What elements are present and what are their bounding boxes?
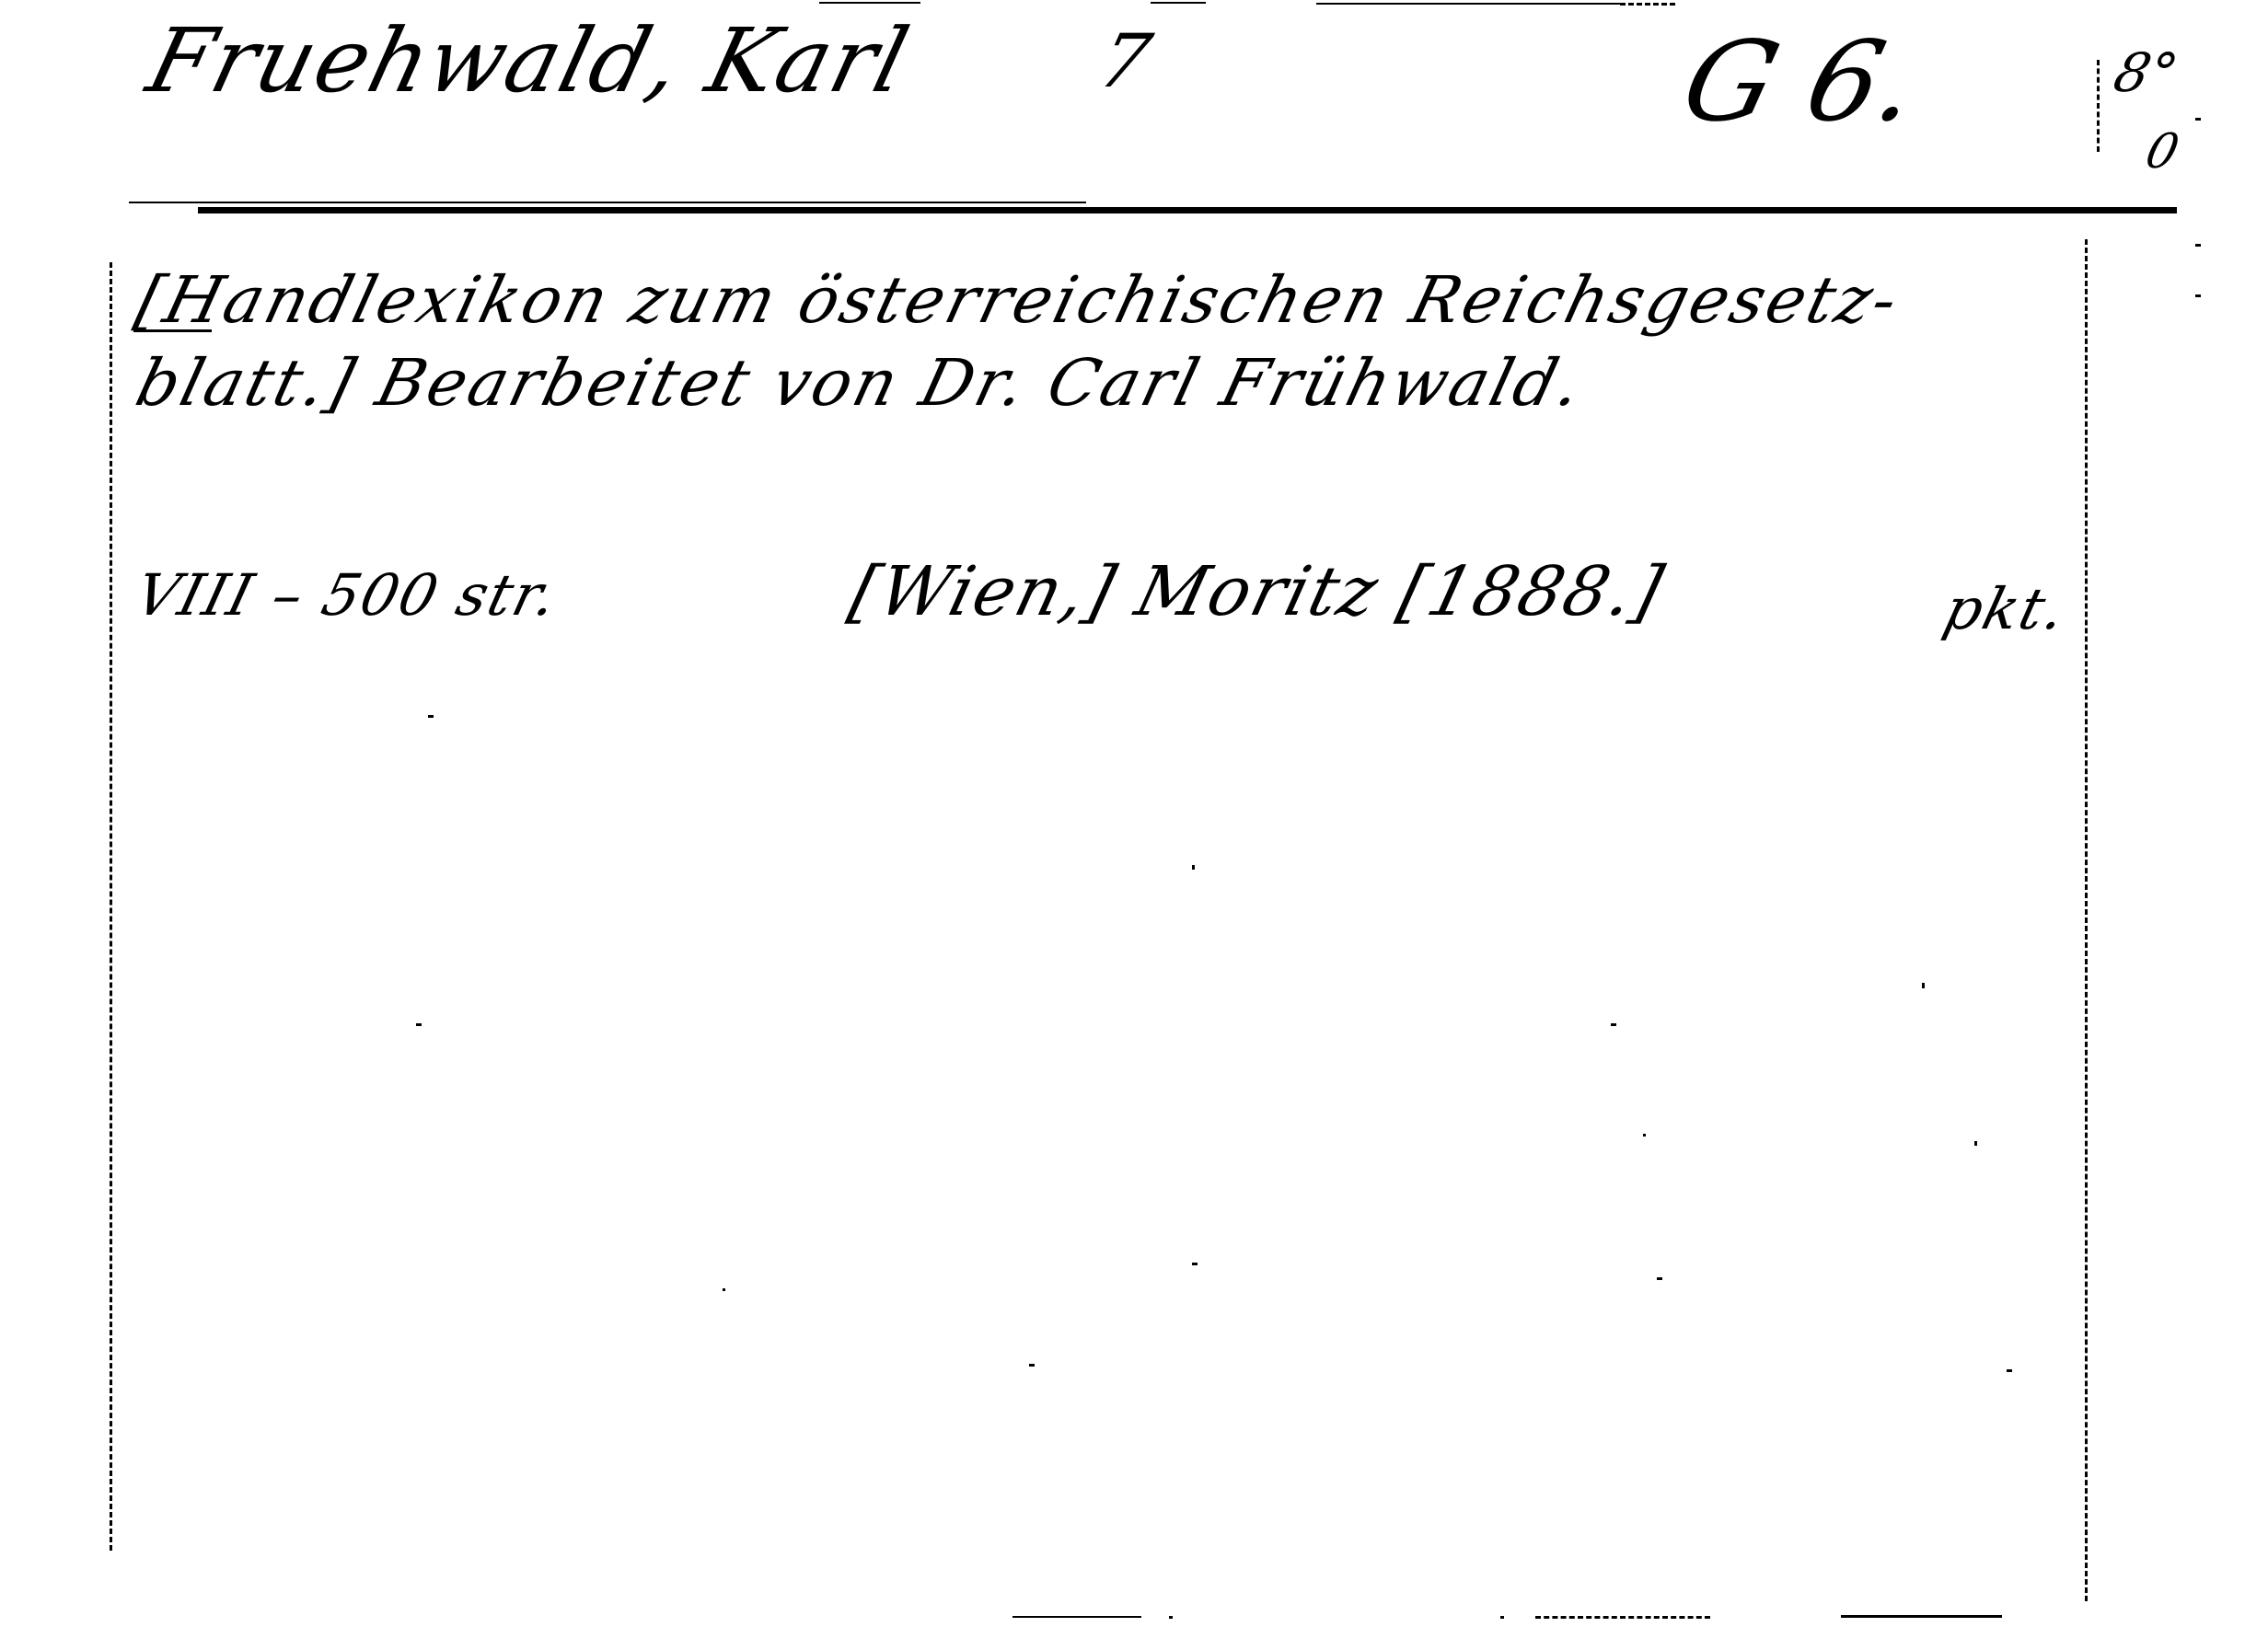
scan-speck <box>2195 294 2201 297</box>
top-edge-dash <box>1620 3 1675 6</box>
scan-speck <box>1192 865 1195 870</box>
margin-tick <box>2195 118 2201 121</box>
right-margin-line <box>2085 239 2088 1601</box>
format-mark: 0 <box>2140 124 2184 179</box>
top-edge-line <box>819 2 920 4</box>
heading-bracket: 7 <box>1091 18 1161 104</box>
scan-speck <box>2007 1369 2012 1372</box>
scan-speck <box>723 1288 725 1291</box>
pagination: VIII – 500 str. <box>129 561 565 629</box>
bottom-edge-line <box>1012 1616 1141 1618</box>
scan-speck <box>1657 1277 1662 1280</box>
scan-speck <box>1192 1263 1198 1265</box>
title-line-2: blatt.] Bearbeitet von Dr. Carl Frühwald… <box>129 345 1591 421</box>
catalog-card: Fruehwald, Karl 7 G 6. 8° 0 [Handlexikon… <box>0 0 2268 1627</box>
heading-rule-upper <box>129 202 1086 203</box>
heading-rule <box>198 207 2177 213</box>
scan-speck <box>2195 244 2201 247</box>
imprint: [Wien,] Moritz [1888.] <box>842 552 1672 631</box>
scan-speck <box>416 1023 422 1026</box>
scan-speck <box>1922 983 1925 988</box>
scan-speck <box>1611 1023 1616 1026</box>
bottom-edge-dash <box>1535 1616 1710 1619</box>
scan-speck <box>428 715 434 718</box>
author-heading: Fruehwald, Karl <box>138 9 920 112</box>
scan-speck <box>1643 1134 1646 1137</box>
left-margin-line <box>110 262 112 1551</box>
title-underline <box>133 329 212 332</box>
bottom-edge-line <box>1841 1615 2002 1618</box>
bottom-edge-speck <box>1500 1616 1504 1619</box>
binding-note: pkt. <box>1938 575 2074 642</box>
title-line-1: [Handlexikon zum österreichischen Reichs… <box>129 262 1908 338</box>
top-edge-line <box>1316 3 1620 5</box>
format-size: 8° <box>2108 41 2184 104</box>
top-edge-line <box>1151 2 1206 4</box>
shelfmark: G 6. <box>1671 18 1931 146</box>
scan-speck <box>1029 1364 1035 1367</box>
scan-speck <box>1974 1141 1977 1146</box>
bottom-edge-speck <box>1169 1616 1173 1619</box>
format-divider <box>2097 60 2100 152</box>
